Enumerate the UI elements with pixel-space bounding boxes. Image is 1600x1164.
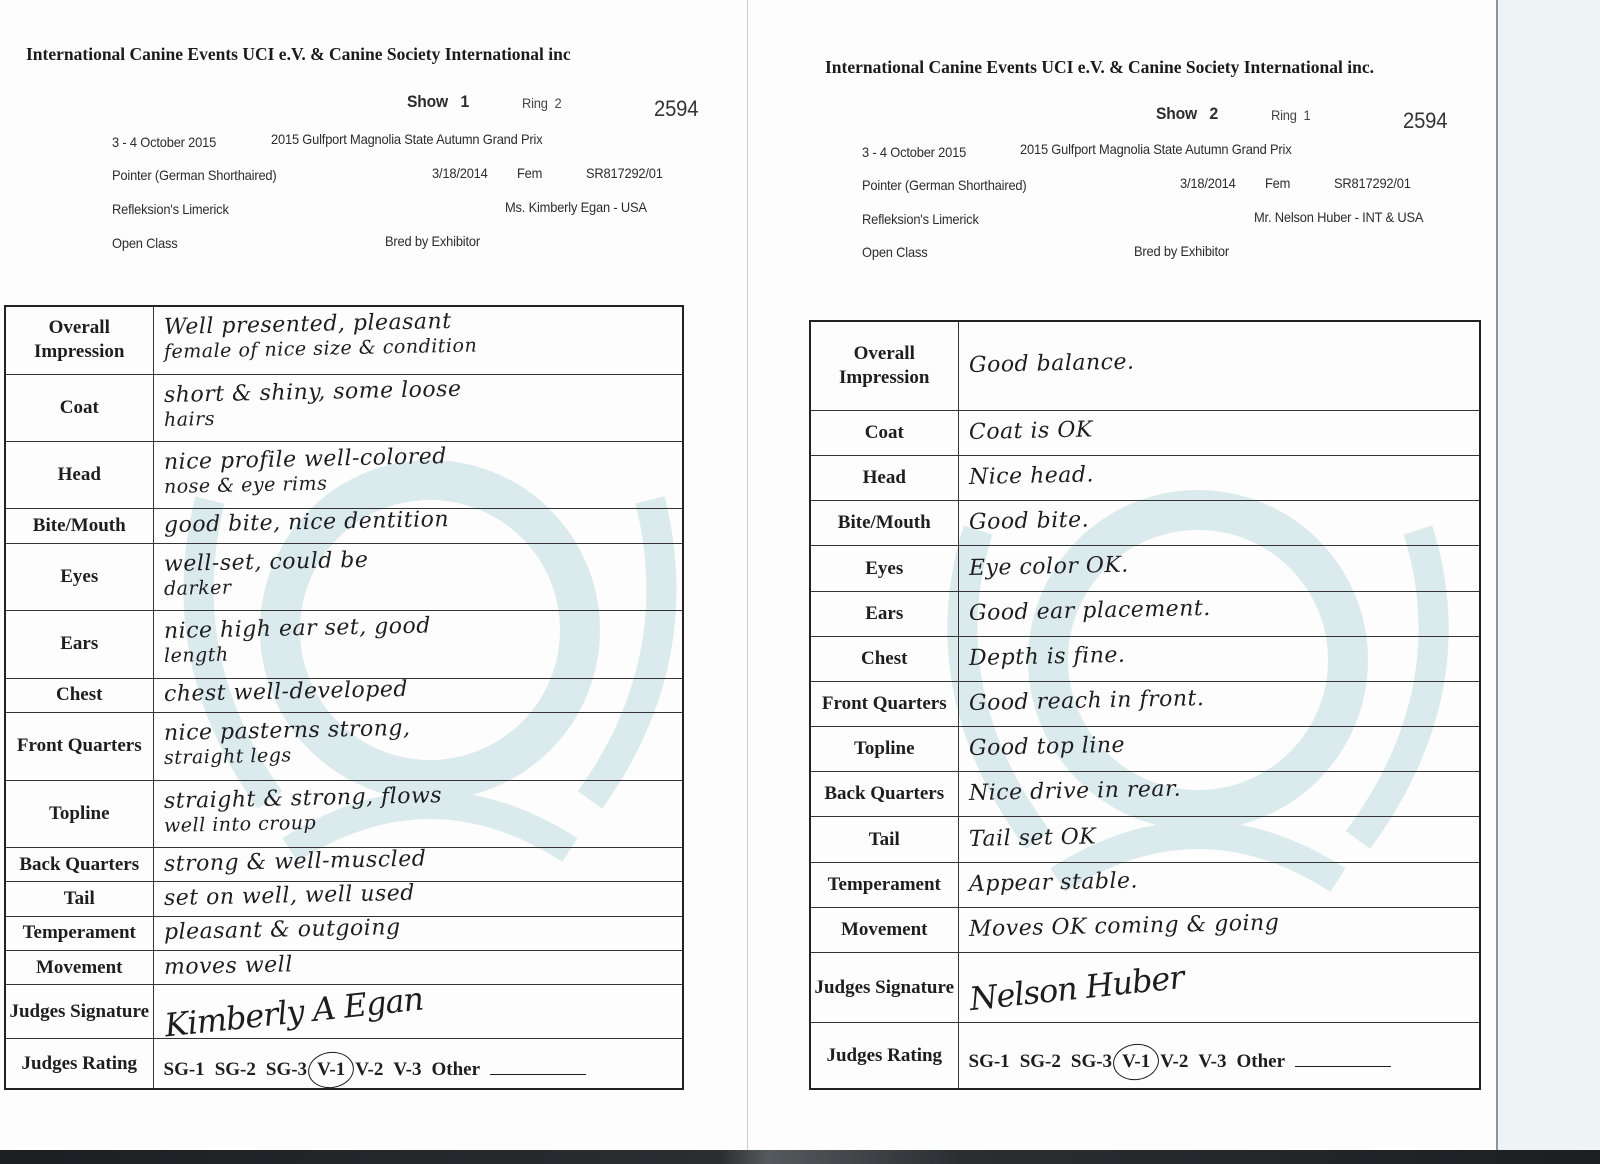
critique-text-chest: chest well-developed <box>153 678 683 712</box>
critique-text-eyes: Eye color OK. <box>958 546 1480 591</box>
handwritten-line: Eye color OK. <box>968 546 1479 581</box>
rating-option-sg-1[interactable]: SG-1 <box>969 1051 1010 1073</box>
handwritten-line: Good bite. <box>968 501 1479 536</box>
rating-option-v-2[interactable]: V-2 <box>1160 1051 1188 1073</box>
rating-option-sg-1[interactable]: SG-1 <box>164 1059 205 1081</box>
critique-text-temperament: pleasant & outgoing <box>153 916 683 950</box>
critique-form-show-1: International Canine Events UCI e.V. & C… <box>0 0 749 1157</box>
critique-text-front-quarters: Good reach in front. <box>958 681 1480 726</box>
critique-text-coat: short & shiny, some loosehairs <box>153 374 683 441</box>
organization-title: International Canine Events UCI e.V. & C… <box>26 44 571 65</box>
critique-text-bite-mouth: good bite, nice dentition <box>153 509 683 543</box>
judge-name: Mr. Nelson Huber - INT & USA <box>1254 209 1423 225</box>
critique-text-front-quarters: nice pasterns strong,straight legs <box>153 713 683 780</box>
critique-form-show-2: International Canine Events UCI e.V. & C… <box>748 0 1498 1157</box>
criterion-label-bite-mouth: Bite/Mouth <box>810 501 958 546</box>
handwritten-line: Nice head. <box>968 455 1479 490</box>
rating-option-sg-3[interactable]: SG-3 <box>266 1059 307 1081</box>
criterion-label-chest: Chest <box>5 678 153 712</box>
event-name: 2015 Gulfport Magnolia State Autumn Gran… <box>271 131 542 147</box>
registration-number: SR817292/01 <box>1334 175 1411 191</box>
critique-table: Overall ImpressionGood balance.CoatCoat … <box>809 320 1481 1090</box>
criterion-label-judges-signature: Judges Signature <box>5 985 153 1039</box>
birth-date: 3/18/2014 <box>432 165 488 181</box>
handwritten-line: strong & well-muscled <box>163 842 682 877</box>
judge-name: Ms. Kimberly Egan - USA <box>505 199 647 215</box>
criterion-label-head: Head <box>810 456 958 501</box>
ring-label: Ring 1 <box>1271 107 1311 123</box>
table-row: ToplineGood top line <box>810 727 1480 772</box>
table-row: TemperamentAppear stable. <box>810 862 1480 907</box>
dog-name: Refleksion's Limerick <box>862 211 979 227</box>
table-row: Back Quartersstrong & well-muscled <box>5 847 683 881</box>
other-rating-blank[interactable] <box>1295 1050 1391 1067</box>
handwritten-line: Depth is fine. <box>968 636 1479 671</box>
registration-number: SR817292/01 <box>586 165 663 181</box>
critique-text-eyes: well-set, could bedarker <box>153 543 683 610</box>
criterion-label-chest: Chest <box>810 636 958 681</box>
table-row: HeadNice head. <box>810 456 1480 501</box>
event-dates: 3 - 4 October 2015 <box>112 134 216 150</box>
rating-options: SG-1SG-2SG-3V-1V-2V-3Other <box>153 1039 683 1089</box>
table-row: TailTail set OK <box>810 817 1480 862</box>
table-row: EyesEye color OK. <box>810 546 1480 591</box>
handwritten-line: Moves OK coming & going <box>968 907 1479 942</box>
handwritten-line: Good ear placement. <box>968 591 1479 626</box>
table-row: Movementmoves well <box>5 951 683 985</box>
class-type: Bred by Exhibitor <box>1134 243 1229 259</box>
criterion-label-tail: Tail <box>810 817 958 862</box>
rating-option-other[interactable]: Other <box>1236 1051 1285 1073</box>
critique-text-ears: Good ear placement. <box>958 591 1480 636</box>
judge-signature: Nelson Huber <box>958 953 1480 1023</box>
criterion-label-topline: Topline <box>810 727 958 772</box>
criterion-label-movement: Movement <box>5 951 153 985</box>
critique-text-ears: nice high ear set, goodlength <box>153 611 683 678</box>
handwritten-line: Tail set OK <box>968 817 1479 852</box>
breed: Pointer (German Shorthaired) <box>862 177 1027 193</box>
table-row: Temperamentpleasant & outgoing <box>5 916 683 950</box>
criterion-label-tail: Tail <box>5 882 153 916</box>
criterion-label-judges-signature: Judges Signature <box>810 953 958 1023</box>
table-row: Overall ImpressionWell presented, pleasa… <box>5 306 683 374</box>
handwritten-line: Appear stable. <box>968 862 1479 897</box>
critique-text-chest: Depth is fine. <box>958 636 1480 681</box>
rating-option-v-3[interactable]: V-3 <box>393 1059 421 1081</box>
other-rating-blank[interactable] <box>490 1058 586 1075</box>
table-row: MovementMoves OK coming & going <box>810 907 1480 952</box>
critique-text-topline: Good top line <box>958 727 1480 772</box>
critique-text-back-quarters: Nice drive in rear. <box>958 772 1480 817</box>
catalog-number: 2594 <box>1403 108 1447 134</box>
handwritten-line: Good balance. <box>968 343 1479 378</box>
table-row: Coatshort & shiny, some loosehairs <box>5 374 683 441</box>
table-row: Judges RatingSG-1SG-2SG-3V-1V-2V-3Other <box>810 1023 1480 1089</box>
critique-text-movement: Moves OK coming & going <box>958 907 1480 952</box>
handwritten-line: Coat is OK <box>968 410 1479 445</box>
event-name: 2015 Gulfport Magnolia State Autumn Gran… <box>1020 141 1291 157</box>
organization-title: International Canine Events UCI e.V. & C… <box>825 57 1374 78</box>
event-dates: 3 - 4 October 2015 <box>862 144 966 160</box>
criterion-label-coat: Coat <box>810 410 958 455</box>
criterion-label-movement: Movement <box>810 907 958 952</box>
rating-option-v-1[interactable]: V-1 <box>317 1059 345 1081</box>
handwritten-line: pleasant & outgoing <box>163 911 682 946</box>
handwritten-line: set on well, well used <box>163 876 682 911</box>
sex: Fem <box>1265 175 1290 191</box>
signature-text: Kimberly A Egan <box>162 979 424 1044</box>
rating-option-other[interactable]: Other <box>431 1059 480 1081</box>
table-row: Headnice profile well-colorednose & eye … <box>5 442 683 509</box>
rating-option-v-1[interactable]: V-1 <box>1122 1051 1150 1073</box>
critique-text-bite-mouth: Good bite. <box>958 501 1480 546</box>
scan-margin <box>1498 0 1600 1150</box>
catalog-number: 2594 <box>654 96 698 122</box>
table-row: Judges RatingSG-1SG-2SG-3V-1V-2V-3Other <box>5 1039 683 1089</box>
critique-text-tail: Tail set OK <box>958 817 1480 862</box>
criterion-label-overall-impression: Overall Impression <box>810 321 958 410</box>
rating-option-sg-2[interactable]: SG-2 <box>215 1059 256 1081</box>
criterion-label-judges-rating: Judges Rating <box>5 1039 153 1089</box>
signature-text: Nelson Huber <box>967 958 1185 1018</box>
table-row: Front Quartersnice pasterns strong,strai… <box>5 713 683 780</box>
rating-options: SG-1SG-2SG-3V-1V-2V-3Other <box>958 1023 1480 1089</box>
rating-option-sg-2[interactable]: SG-2 <box>1020 1051 1061 1073</box>
class-name: Open Class <box>862 244 927 260</box>
handwritten-line: Good reach in front. <box>968 681 1479 716</box>
criterion-label-ears: Ears <box>810 591 958 636</box>
show-number: 2 <box>1209 104 1218 123</box>
table-row: ChestDepth is fine. <box>810 636 1480 681</box>
table-row: EarsGood ear placement. <box>810 591 1480 636</box>
table-row: Chestchest well-developed <box>5 678 683 712</box>
critique-text-head: Nice head. <box>958 456 1480 501</box>
handwritten-line: Good top line <box>968 727 1479 762</box>
class-type: Bred by Exhibitor <box>385 233 480 249</box>
criterion-label-eyes: Eyes <box>5 543 153 610</box>
sex: Fem <box>517 165 542 181</box>
criterion-label-ears: Ears <box>5 611 153 678</box>
handwritten-line: good bite, nice dentition <box>163 503 682 538</box>
criterion-label-front-quarters: Front Quarters <box>5 713 153 780</box>
critique-text-overall-impression: Good balance. <box>958 321 1480 410</box>
breed: Pointer (German Shorthaired) <box>112 167 277 183</box>
table-row: Judges SignatureNelson Huber <box>810 953 1480 1023</box>
criterion-label-back-quarters: Back Quarters <box>5 847 153 881</box>
ring-number: 1 <box>1304 107 1311 123</box>
table-row: CoatCoat is OK <box>810 410 1480 455</box>
critique-text-head: nice profile well-colorednose & eye rims <box>153 442 683 509</box>
table-row: Overall ImpressionGood balance. <box>810 321 1480 410</box>
table-row: Tailset on well, well used <box>5 882 683 916</box>
criterion-label-temperament: Temperament <box>810 862 958 907</box>
table-row: Earsnice high ear set, goodlength <box>5 611 683 678</box>
table-row: Toplinestraight & strong, flowswell into… <box>5 780 683 847</box>
dog-name: Refleksion's Limerick <box>112 201 229 217</box>
rating-option-v-2[interactable]: V-2 <box>355 1059 383 1081</box>
table-row: Front QuartersGood reach in front. <box>810 681 1480 726</box>
criterion-label-eyes: Eyes <box>810 546 958 591</box>
criterion-label-back-quarters: Back Quarters <box>810 772 958 817</box>
table-row: Judges SignatureKimberly A Egan <box>5 985 683 1039</box>
critique-text-temperament: Appear stable. <box>958 862 1480 907</box>
handwritten-line: Nice drive in rear. <box>968 772 1479 807</box>
judge-signature: Kimberly A Egan <box>153 985 683 1039</box>
handwritten-line: chest well-developed <box>163 673 682 708</box>
rating-option-v-3[interactable]: V-3 <box>1198 1051 1226 1073</box>
ring-number: 2 <box>555 95 562 111</box>
critique-text-coat: Coat is OK <box>958 410 1480 455</box>
criterion-label-bite-mouth: Bite/Mouth <box>5 509 153 543</box>
table-row: Eyeswell-set, could bedarker <box>5 543 683 610</box>
show-label: Show 1 <box>407 92 469 112</box>
criterion-label-coat: Coat <box>5 374 153 441</box>
show-label: Show 2 <box>1156 104 1218 124</box>
show-number: 1 <box>460 92 469 111</box>
criterion-label-temperament: Temperament <box>5 916 153 950</box>
table-row: Back QuartersNice drive in rear. <box>810 772 1480 817</box>
criterion-label-head: Head <box>5 442 153 509</box>
birth-date: 3/18/2014 <box>1180 175 1236 191</box>
criterion-label-judges-rating: Judges Rating <box>810 1023 958 1089</box>
critique-table: Overall ImpressionWell presented, pleasa… <box>4 305 684 1090</box>
table-row: Bite/MouthGood bite. <box>810 501 1480 546</box>
criterion-label-topline: Topline <box>5 780 153 847</box>
table-row: Bite/Mouthgood bite, nice dentition <box>5 509 683 543</box>
criterion-label-overall-impression: Overall Impression <box>5 306 153 374</box>
critique-text-overall-impression: Well presented, pleasantfemale of nice s… <box>153 306 683 374</box>
scanner-edge <box>0 1150 1600 1164</box>
class-name: Open Class <box>112 235 177 251</box>
critique-text-back-quarters: strong & well-muscled <box>153 847 683 881</box>
critique-text-topline: straight & strong, flowswell into croup <box>153 780 683 847</box>
handwritten-line: moves well <box>163 945 682 980</box>
criterion-label-front-quarters: Front Quarters <box>810 681 958 726</box>
ring-label: Ring 2 <box>522 95 562 111</box>
rating-option-sg-3[interactable]: SG-3 <box>1071 1051 1112 1073</box>
